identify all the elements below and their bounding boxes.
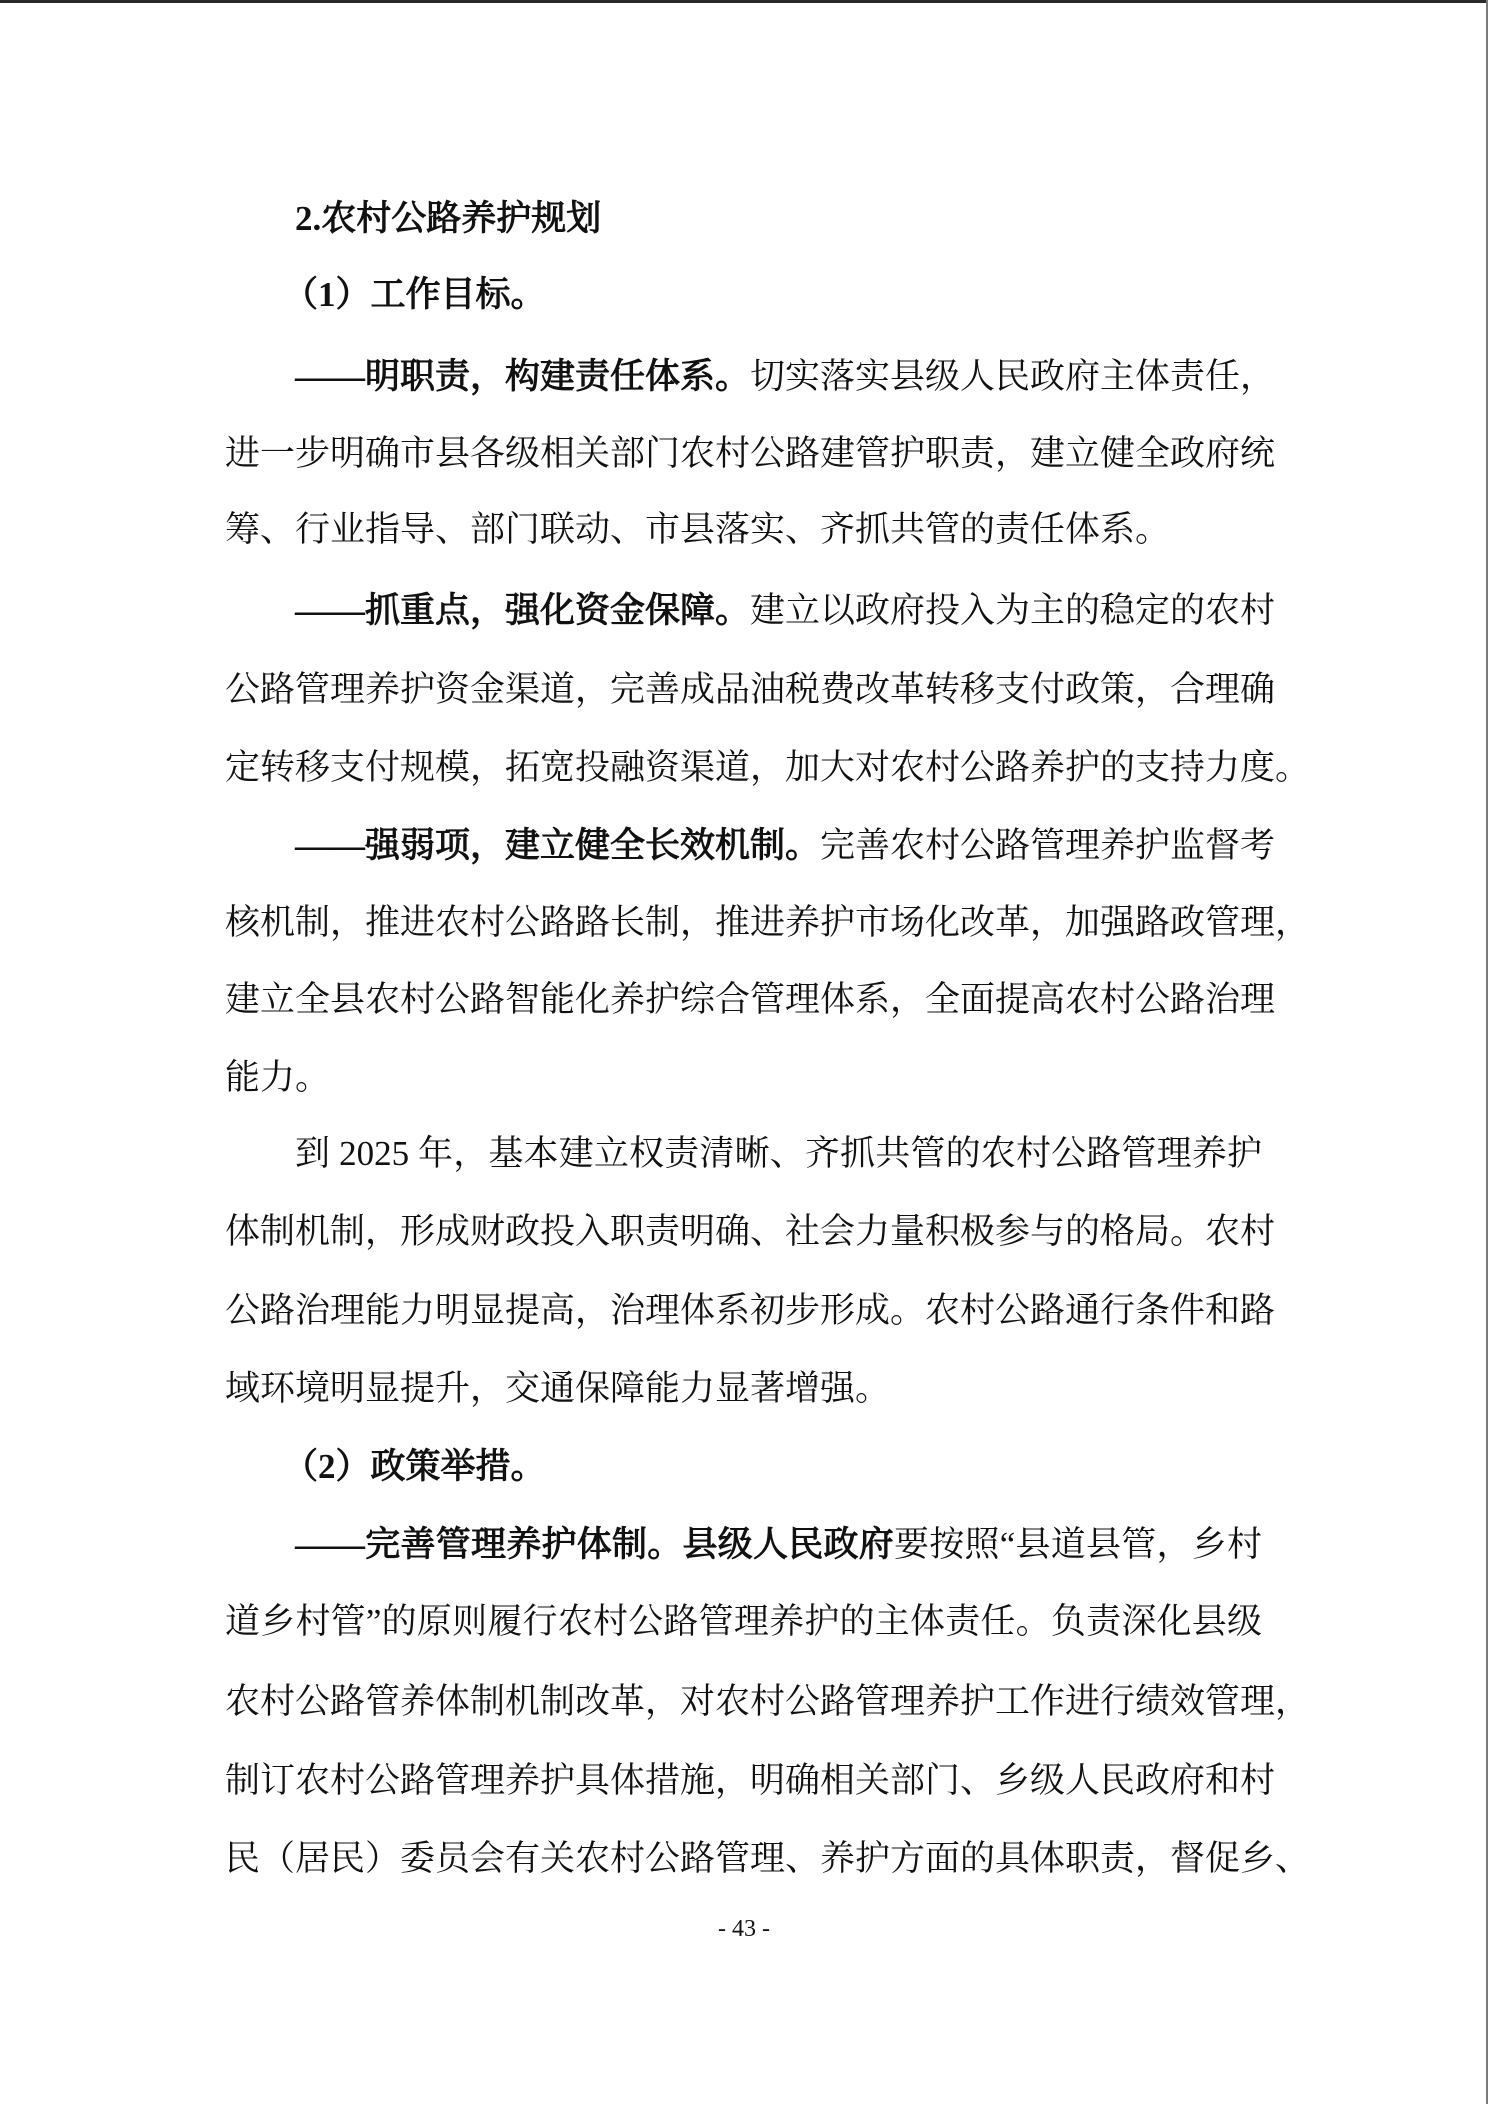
- paragraph-line: 制订农村公路管理养护具体措施，明确相关部门、乡级人民政府和村: [225, 1756, 1262, 1806]
- paragraph-line: ——完善管理养护体制。县级人民政府要按照“县道县管，乡村: [295, 1520, 1262, 1570]
- bold-lead: ——完善管理养护体制。县级人民政府: [295, 1525, 894, 1564]
- paragraph-line: 域环境明显提升，交通保障能力显著增强。: [225, 1364, 1262, 1414]
- bold-lead: ——抓重点，强化资金保障。: [295, 591, 750, 630]
- paragraph-line: 农村公路管养体制机制改革，对农村公路管理养护工作进行绩效管理，: [225, 1677, 1262, 1727]
- paragraph-line: 民（居民）委员会有关农村公路管理、养护方面的具体职责，督促乡、: [225, 1834, 1262, 1884]
- paragraph-line: ——明职责，构建责任体系。切实落实县级人民政府主体责任，: [295, 352, 1262, 402]
- bold-lead: ——强弱项，建立健全长效机制。: [295, 826, 820, 865]
- paragraph-line: ——抓重点，强化资金保障。建立以政府投入为主的稳定的农村: [295, 586, 1262, 636]
- page-top-border: [0, 0, 1488, 3]
- paragraph-line: 建立全县农村公路智能化养护综合管理体系，全面提高农村公路治理: [225, 975, 1262, 1025]
- paragraph-line: 公路治理能力明显提高，治理体系初步形成。农村公路通行条件和路: [225, 1286, 1262, 1336]
- bold-lead: ——明职责，构建责任体系。: [295, 357, 750, 396]
- paragraph-line: 核机制，推进农村公路路长制，推进养护市场化改革，加强路政管理，: [225, 898, 1262, 948]
- section-heading: 2.农村公路养护规划: [295, 194, 1262, 244]
- paragraph-line: 能力。: [225, 1053, 1262, 1103]
- subsection-heading-measures: （2）政策举措。: [283, 1442, 1250, 1492]
- paragraph-line: 进一步明确市县各级相关部门农村公路建管护职责，建立健全政府统: [225, 429, 1262, 479]
- paragraph-line: 到 2025 年，基本建立权责清晰、齐抓共管的农村公路管理养护: [295, 1129, 1262, 1179]
- paragraph-line: 体制机制，形成财政投入职责明确、社会力量积极参与的格局。农村: [225, 1207, 1262, 1257]
- paragraph-line: 公路管理养护资金渠道，完善成品油税费改革转移支付政策，合理确: [225, 665, 1262, 715]
- paragraph-line: 道乡村管”的原则履行农村公路管理养护的主体责任。负责深化县级: [225, 1597, 1262, 1647]
- paragraph-line: 筹、行业指导、部门联动、市县落实、齐抓共管的责任体系。: [225, 505, 1262, 555]
- page-number: - 43 -: [0, 1912, 1488, 1946]
- paragraph-line: 定转移支付规模，拓宽投融资渠道，加大对农村公路养护的支持力度。: [225, 743, 1262, 793]
- subsection-heading-goals: （1）工作目标。: [283, 270, 1250, 320]
- paragraph-line: ——强弱项，建立健全长效机制。完善农村公路管理养护监督考: [295, 821, 1262, 871]
